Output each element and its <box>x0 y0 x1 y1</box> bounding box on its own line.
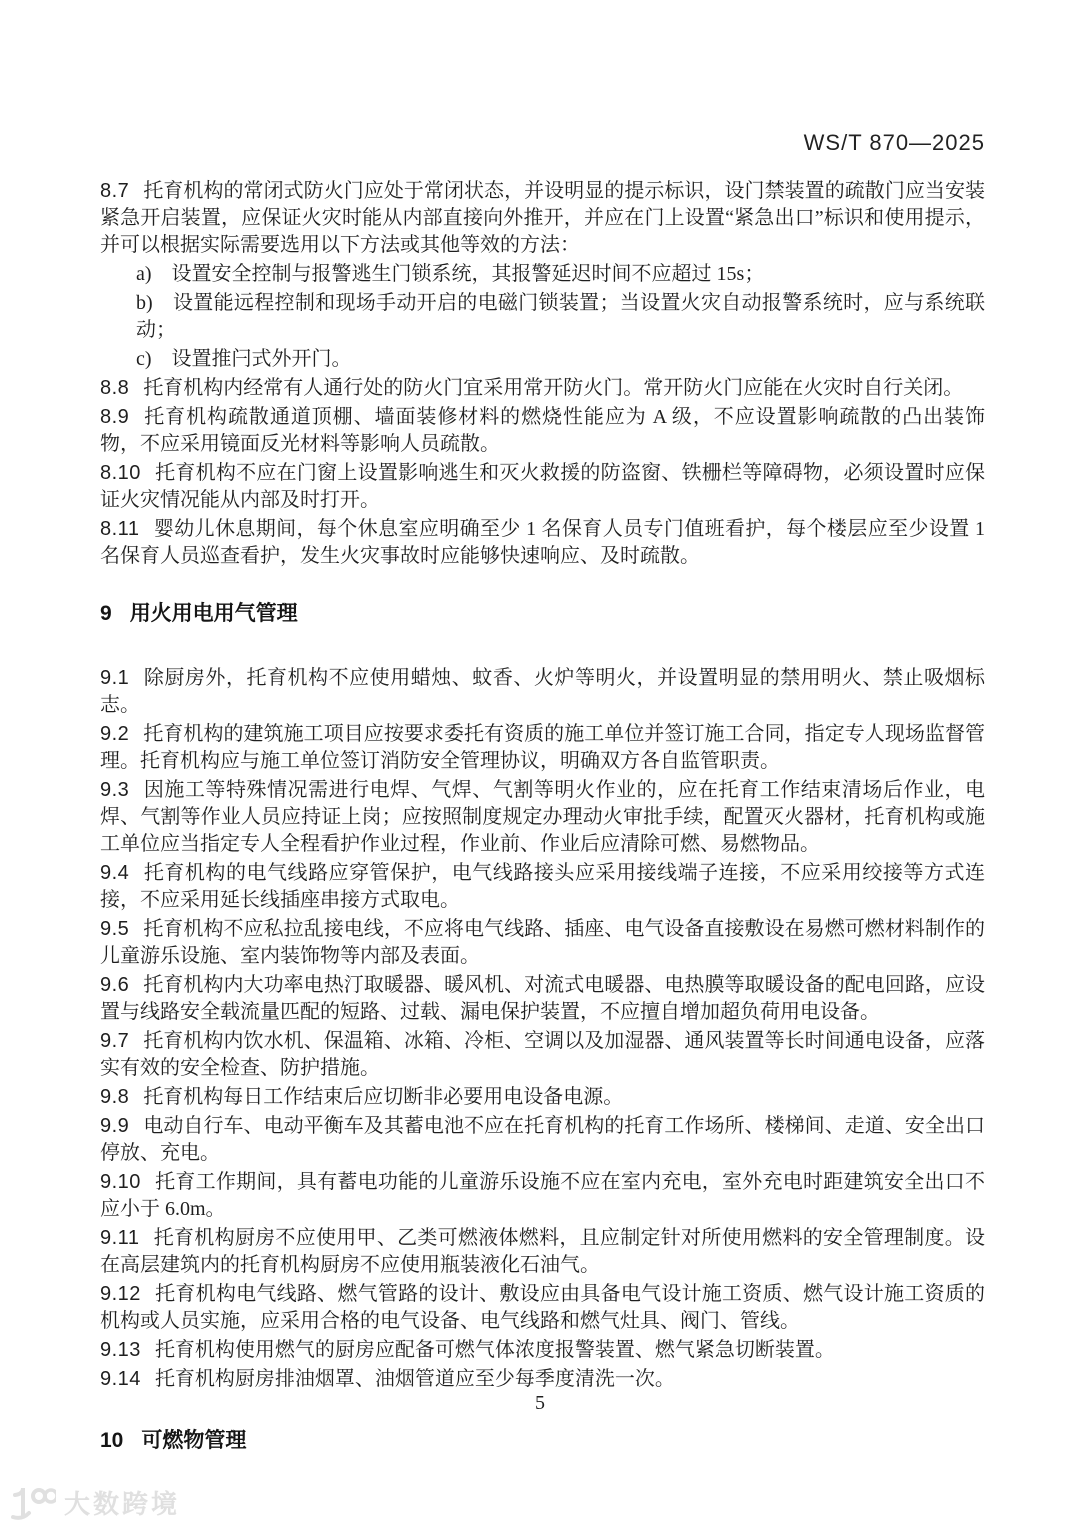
clause-text: 托育机构的建筑施工项目应按要求委托有资质的施工单位并签订施工合同，指定专人现场监… <box>100 723 985 772</box>
clause-text: 托育机构疏散通道顶棚、墙面装修材料的燃烧性能应为 A 级，不应设置影响疏散的凸出… <box>100 406 985 455</box>
clause-text: 因施工等特殊情况需进行电焊、气焊、气割等明火作业的，应在托育工作结束清场后作业，… <box>100 779 985 855</box>
clause-number: 9.8 <box>100 1086 129 1108</box>
document-page: WS/T 870—2025 8.7托育机构的常闭式防火门应处于常闭状态，并设明显… <box>0 0 1080 1527</box>
list-item-marker: a) <box>136 263 152 285</box>
clause-9-7: 9.7托育机构内饮水机、保温箱、冰箱、冷柜、空调以及加湿器、通风装置等长时间通电… <box>100 1028 985 1082</box>
clause-number: 8.10 <box>100 462 141 484</box>
list-item-marker: c) <box>136 348 152 370</box>
clause-8-9: 8.9托育机构疏散通道顶棚、墙面装修材料的燃烧性能应为 A 级，不应设置影响疏散… <box>100 404 985 458</box>
clause-text: 托育机构内大功率电热汀取暖器、暖风机、对流式电暖器、电热膜等取暖设备的配电回路，… <box>100 974 985 1023</box>
clause-number: 8.11 <box>100 518 139 540</box>
section-heading-10: 10可燃物管理 <box>100 1427 985 1454</box>
clause-9-8: 9.8托育机构每日工作结束后应切断非必要用电设备电源。 <box>100 1084 985 1111</box>
watermark-logo-icon <box>10 1485 56 1521</box>
clause-9-3: 9.3因施工等特殊情况需进行电焊、气焊、气割等明火作业的，应在托育工作结束清场后… <box>100 777 985 858</box>
list-item-text: 设置能远程控制和现场手动开启的电磁门锁装置；当设置火灾自动报警系统时，应与系统联… <box>136 292 985 341</box>
clause-number: 9.6 <box>100 974 129 996</box>
list-item-text: 设置安全控制与报警逃生门锁系统，其报警延迟时间不应超过 15s； <box>172 263 765 285</box>
clause-text: 托育机构每日工作结束后应切断非必要用电设备电源。 <box>143 1086 623 1108</box>
clause-9-1: 9.1除厨房外，托育机构不应使用蜡烛、蚊香、火炉等明火，并设置明显的禁用明火、禁… <box>100 665 985 719</box>
clause-text: 托育机构内饮水机、保温箱、冰箱、冷柜、空调以及加湿器、通风装置等长时间通电设备，… <box>100 1030 985 1079</box>
list-item-b: b)设置能远程控制和现场手动开启的电磁门锁装置；当设置火灾自动报警系统时，应与系… <box>136 290 985 344</box>
clause-9-4: 9.4托育机构的电气线路应穿管保护，电气线路接头应采用接线端子连接，不应采用绞接… <box>100 860 985 914</box>
clause-number: 9.13 <box>100 1339 141 1361</box>
clause-text: 托育机构厨房不应使用甲、乙类可燃液体燃料，且应制定针对所使用燃料的安全管理制度。… <box>100 1227 985 1276</box>
page-content: WS/T 870—2025 8.7托育机构的常闭式防火门应处于常闭状态，并设明显… <box>100 130 985 1454</box>
clause-number: 9.9 <box>100 1115 129 1137</box>
section-number: 10 <box>100 1429 123 1452</box>
list-item-c: c)设置推闩式外开门。 <box>136 346 985 373</box>
clause-number: 9.5 <box>100 918 129 940</box>
clause-number: 9.3 <box>100 779 129 801</box>
clause-9-2: 9.2托育机构的建筑施工项目应按要求委托有资质的施工单位并签订施工合同，指定专人… <box>100 721 985 775</box>
watermark: 大数跨境 <box>10 1484 180 1521</box>
clause-9-14: 9.14托育机构厨房排油烟罩、油烟管道应至少每季度清洗一次。 <box>100 1366 985 1393</box>
clause-number: 9.2 <box>100 723 129 745</box>
clause-text: 托育机构内经常有人通行处的防火门宜采用常开防火门。常开防火门应能在火灾时自行关闭… <box>143 377 963 399</box>
clause-8-10: 8.10托育机构不应在门窗上设置影响逃生和灭火救援的防盗窗、铁栅栏等障碍物，必须… <box>100 460 985 514</box>
clause-9-11: 9.11托育机构厨房不应使用甲、乙类可燃液体燃料，且应制定针对所使用燃料的安全管… <box>100 1225 985 1279</box>
list-item-a: a)设置安全控制与报警逃生门锁系统，其报警延迟时间不应超过 15s； <box>136 261 985 288</box>
clause-text: 托育机构电气线路、燃气管路的设计、敷设应由具备电气设计施工资质、燃气设计施工资质… <box>100 1283 985 1332</box>
clause-text: 托育工作期间，具有蓄电功能的儿童游乐设施不应在室内充电，室外充电时距建筑安全出口… <box>100 1171 985 1220</box>
clause-number: 8.8 <box>100 377 129 399</box>
clause-9-5: 9.5托育机构不应私拉乱接电线，不应将电气线路、插座、电气设备直接敷设在易燃可燃… <box>100 916 985 970</box>
clause-text: 电动自行车、电动平衡车及其蓄电池不应在托育机构的托育工作场所、楼梯间、走道、安全… <box>100 1115 985 1164</box>
section-number: 9 <box>100 602 112 625</box>
clause-number: 9.1 <box>100 667 129 689</box>
clause-text: 托育机构的电气线路应穿管保护，电气线路接头应采用接线端子连接，不应采用绞接等方式… <box>100 862 985 911</box>
clause-9-6: 9.6托育机构内大功率电热汀取暖器、暖风机、对流式电暖器、电热膜等取暖设备的配电… <box>100 972 985 1026</box>
watermark-text: 大数跨境 <box>64 1484 180 1521</box>
clause-number: 8.7 <box>100 180 129 202</box>
clause-number: 9.12 <box>100 1283 141 1305</box>
clause-text: 托育机构厨房排油烟罩、油烟管道应至少每季度清洗一次。 <box>155 1368 675 1390</box>
page-number: 5 <box>0 1392 1080 1415</box>
clause-text: 除厨房外，托育机构不应使用蜡烛、蚊香、火炉等明火，并设置明显的禁用明火、禁止吸烟… <box>100 667 985 716</box>
clause-9-13: 9.13托育机构使用燃气的厨房应配备可燃气体浓度报警装置、燃气紧急切断装置。 <box>100 1337 985 1364</box>
clause-text: 托育机构不应在门窗上设置影响逃生和灭火救援的防盗窗、铁栅栏等障碍物，必须设置时应… <box>100 462 985 511</box>
clause-number: 8.9 <box>100 406 129 428</box>
section-title: 用火用电用气管理 <box>130 602 298 625</box>
section-heading-9: 9用火用电用气管理 <box>100 600 985 627</box>
clause-text: 婴幼儿休息期间，每个休息室应明确至少 1 名保育人员专门值班看护，每个楼层应至少… <box>100 518 985 567</box>
standard-code-header: WS/T 870—2025 <box>100 130 985 156</box>
clause-number: 9.10 <box>100 1171 141 1193</box>
clause-number: 9.11 <box>100 1227 139 1249</box>
clause-number: 9.14 <box>100 1368 141 1390</box>
clause-text: 托育机构的常闭式防火门应处于常闭状态，并设明显的提示标识，设门禁装置的疏散门应当… <box>100 180 985 256</box>
clause-8-11: 8.11婴幼儿休息期间，每个休息室应明确至少 1 名保育人员专门值班看护，每个楼… <box>100 516 985 570</box>
clause-number: 9.7 <box>100 1030 129 1052</box>
clause-9-10: 9.10托育工作期间，具有蓄电功能的儿童游乐设施不应在室内充电，室外充电时距建筑… <box>100 1169 985 1223</box>
list-item-text: 设置推闩式外开门。 <box>172 348 352 370</box>
clause-9-12: 9.12托育机构电气线路、燃气管路的设计、敷设应由具备电气设计施工资质、燃气设计… <box>100 1281 985 1335</box>
section-title: 可燃物管理 <box>141 1429 246 1452</box>
list-item-marker: b) <box>136 292 153 314</box>
clause-9-9: 9.9电动自行车、电动平衡车及其蓄电池不应在托育机构的托育工作场所、楼梯间、走道… <box>100 1113 985 1167</box>
clause-8-8: 8.8托育机构内经常有人通行处的防火门宜采用常开防火门。常开防火门应能在火灾时自… <box>100 375 985 402</box>
clause-number: 9.4 <box>100 862 129 884</box>
clause-text: 托育机构不应私拉乱接电线，不应将电气线路、插座、电气设备直接敷设在易燃可燃材料制… <box>100 918 985 967</box>
clause-text: 托育机构使用燃气的厨房应配备可燃气体浓度报警装置、燃气紧急切断装置。 <box>155 1339 835 1361</box>
clause-8-7: 8.7托育机构的常闭式防火门应处于常闭状态，并设明显的提示标识，设门禁装置的疏散… <box>100 178 985 259</box>
